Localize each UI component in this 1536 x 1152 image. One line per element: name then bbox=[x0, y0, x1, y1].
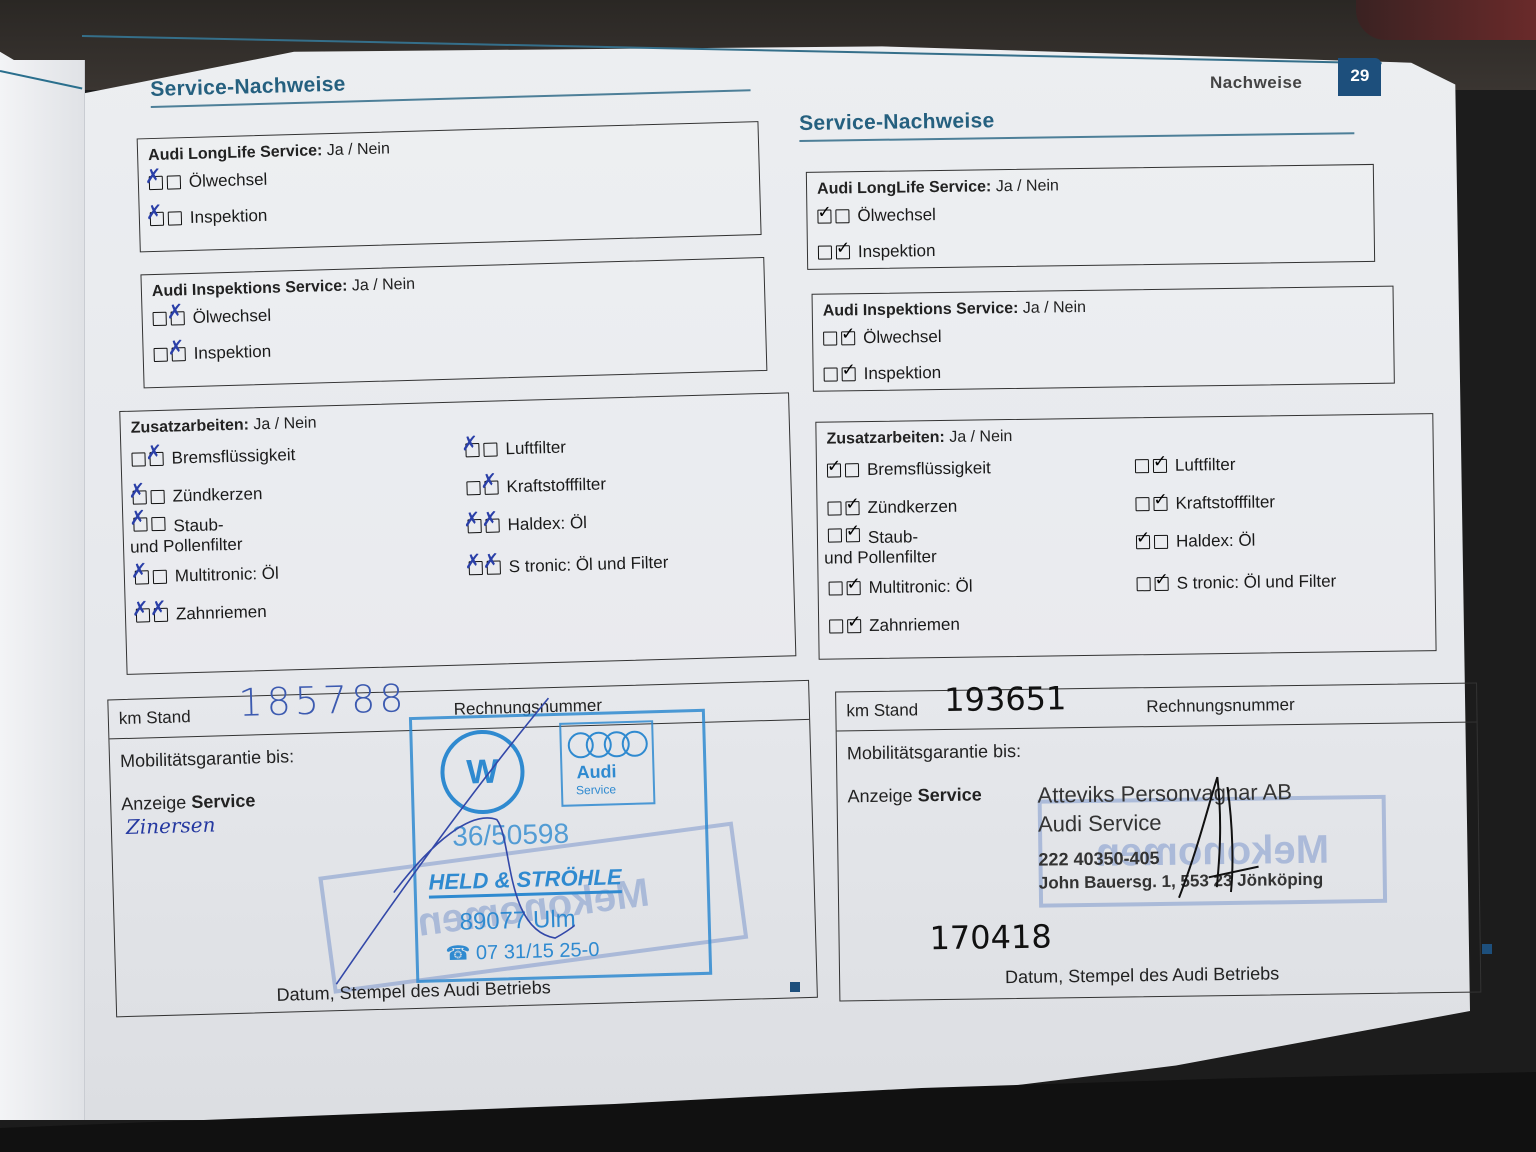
item-label: Inspektion bbox=[190, 206, 268, 228]
nein-checkbox[interactable] bbox=[845, 463, 859, 477]
item-label: Bremsflüssigkeit bbox=[171, 445, 295, 468]
checklist-item: Luftfilter bbox=[1135, 444, 1433, 484]
ja-checkbox[interactable] bbox=[823, 331, 837, 345]
invoice-label: Rechnungsnummer bbox=[1146, 695, 1295, 717]
ja-checkbox[interactable] bbox=[150, 212, 164, 226]
item-label: S tronic: Öl und Filter bbox=[1176, 571, 1336, 593]
previous-page-edge bbox=[0, 60, 85, 1120]
checklist-item: Zündkerzen bbox=[132, 471, 457, 516]
km-value: 193651 bbox=[944, 679, 1067, 719]
item-label: Haldex: Öl bbox=[507, 513, 587, 535]
item-label: Inspektion bbox=[858, 241, 936, 262]
left-service-record: Service-Nachweise Audi LongLife Service:… bbox=[80, 60, 817, 1039]
mileage-record-box: km Stand 193651 Rechnungsnummer Mobilitä… bbox=[835, 683, 1481, 1002]
item-label: Inspektion bbox=[864, 363, 942, 384]
ja-checkbox[interactable] bbox=[469, 561, 483, 575]
handwritten-date: 170418 bbox=[929, 917, 1052, 957]
nein-checkbox[interactable] bbox=[836, 245, 850, 259]
page-number-tab: 29 bbox=[1338, 58, 1381, 96]
item-label: Zündkerzen bbox=[172, 484, 262, 506]
nein-checkbox[interactable] bbox=[153, 570, 167, 584]
nein-checkbox[interactable] bbox=[149, 452, 163, 466]
ja-checkbox[interactable] bbox=[824, 367, 838, 381]
ja-checkbox[interactable] bbox=[828, 528, 842, 542]
right-service-record: Service-Nachweise Audi LongLife Service:… bbox=[795, 103, 1467, 992]
ja-checkbox[interactable] bbox=[131, 452, 145, 466]
item-label: Staub- bbox=[868, 527, 918, 548]
checklist-item: Kraftstofffilter bbox=[466, 461, 791, 506]
longlife-service-box: Audi LongLife Service: Ja / Nein Ölwechs… bbox=[806, 164, 1375, 270]
signature bbox=[308, 688, 576, 995]
item-label: Luftfilter bbox=[505, 438, 566, 460]
item-label: Zündkerzen bbox=[867, 497, 957, 518]
nein-checkbox[interactable] bbox=[487, 560, 501, 574]
page-end-marker bbox=[790, 982, 800, 992]
longlife-service-box: Audi LongLife Service: Ja / Nein Ölwechs… bbox=[137, 121, 762, 252]
item-label-continued: und Pollenfilter bbox=[824, 544, 1122, 568]
item-label: Luftfilter bbox=[1175, 455, 1236, 476]
ja-checkbox[interactable] bbox=[817, 210, 831, 224]
background-object bbox=[1356, 0, 1536, 40]
item-label: Zahnriemen bbox=[869, 615, 960, 636]
checklist-item: S tronic: Öl und Filter bbox=[1136, 562, 1434, 602]
nein-checkbox[interactable] bbox=[150, 490, 164, 504]
item-label: Haldex: Öl bbox=[1176, 531, 1256, 552]
item-label: Multitronic: Öl bbox=[175, 564, 279, 587]
checklist-item: Multitronic: Öl bbox=[828, 566, 1126, 606]
nein-checkbox[interactable] bbox=[1154, 535, 1168, 549]
checklist-item: Luftfilter bbox=[465, 423, 790, 468]
ja-checkbox[interactable] bbox=[1137, 577, 1151, 591]
date-stamp-label: Datum, Stempel des Audi Betriebs bbox=[1005, 963, 1279, 988]
item-label: Ölwechsel bbox=[192, 306, 271, 328]
nein-checkbox[interactable] bbox=[1155, 577, 1169, 591]
checklist-item: Kraftstofffilter bbox=[1135, 482, 1433, 522]
nein-checkbox[interactable] bbox=[485, 518, 499, 532]
item-label: Multitronic: Öl bbox=[869, 577, 973, 598]
nein-checkbox[interactable] bbox=[167, 175, 181, 189]
checklist-item: Inspektion bbox=[823, 349, 1393, 393]
checklist-item: Multitronic: Öl bbox=[134, 551, 459, 596]
mileage-record-box: km Stand 185788 Rechnungsnummer Mobilitä… bbox=[107, 680, 818, 1017]
inspektion-service-box: Audi Inspektions Service: Ja / Nein Ölwe… bbox=[140, 257, 767, 388]
ja-checkbox[interactable] bbox=[154, 348, 168, 362]
nein-checkbox[interactable] bbox=[847, 581, 861, 595]
item-label: Kraftstofffilter bbox=[1175, 492, 1275, 513]
checklist-item: Staub-und Pollenfilter bbox=[828, 524, 1127, 568]
checklist-item: S tronic: Öl und Filter bbox=[468, 541, 793, 586]
ja-checkbox[interactable] bbox=[136, 608, 150, 622]
item-label: Zahnriemen bbox=[176, 602, 267, 625]
page-end-marker bbox=[1482, 944, 1492, 954]
nein-checkbox[interactable] bbox=[846, 528, 860, 542]
checklist-item: Haldex: Öl bbox=[1136, 520, 1434, 560]
ja-checkbox[interactable] bbox=[827, 463, 841, 477]
ja-checkbox[interactable] bbox=[827, 501, 841, 515]
ja-checkbox[interactable] bbox=[467, 519, 481, 533]
ja-checkbox[interactable] bbox=[132, 490, 146, 504]
nein-checkbox[interactable] bbox=[154, 608, 168, 622]
ja-checkbox[interactable] bbox=[1136, 535, 1150, 549]
page-rule bbox=[0, 70, 82, 89]
inspektion-service-box: Audi Inspektions Service: Ja / Nein Ölwe… bbox=[812, 286, 1395, 392]
nein-checkbox[interactable] bbox=[151, 517, 165, 531]
stamp-brand: Audi bbox=[576, 761, 617, 783]
ja-checkbox[interactable] bbox=[818, 245, 832, 259]
zusatzarbeiten-box: Zusatzarbeiten: Ja / Nein Bremsflüssigke… bbox=[119, 392, 796, 675]
ja-checkbox[interactable] bbox=[1135, 497, 1149, 511]
nein-checkbox[interactable] bbox=[842, 367, 856, 381]
item-label: Kraftstofffilter bbox=[506, 474, 606, 497]
nein-checkbox[interactable] bbox=[847, 619, 861, 633]
ja-checkbox[interactable] bbox=[465, 443, 479, 457]
ja-checkbox[interactable] bbox=[133, 517, 147, 531]
nein-checkbox[interactable] bbox=[172, 347, 186, 361]
nein-checkbox[interactable] bbox=[845, 501, 859, 515]
checklist-item: Zahnriemen bbox=[829, 604, 1127, 644]
nein-checkbox[interactable] bbox=[1153, 497, 1167, 511]
mileage-row: km Stand 193651 Rechnungsnummer bbox=[836, 684, 1476, 732]
ja-checkbox[interactable] bbox=[1135, 459, 1149, 473]
nein-checkbox[interactable] bbox=[1153, 459, 1167, 473]
ja-checkbox[interactable] bbox=[829, 581, 843, 595]
ja-checkbox[interactable] bbox=[135, 570, 149, 584]
page-header: Nachweise 29 bbox=[1210, 58, 1381, 96]
mobility-guarantee-label: Mobilitätsgarantie bis: bbox=[847, 735, 1477, 765]
nein-checkbox[interactable] bbox=[483, 442, 497, 456]
item-label: Staub- bbox=[173, 515, 224, 536]
audi-rings-icon bbox=[567, 731, 640, 759]
page-title: Service-Nachweise bbox=[799, 104, 1354, 142]
nein-checkbox[interactable] bbox=[171, 311, 185, 325]
item-label: S tronic: Öl und Filter bbox=[508, 553, 668, 577]
item-label: Bremsflüssigkeit bbox=[867, 458, 991, 480]
stamp-brand-sub: Service bbox=[576, 782, 616, 797]
zusatzarbeiten-box: Zusatzarbeiten: Ja / Nein Bremsflüssigke… bbox=[815, 413, 1436, 660]
signature bbox=[1147, 766, 1269, 908]
ja-checkbox[interactable] bbox=[466, 481, 480, 495]
item-label: Ölwechsel bbox=[863, 327, 942, 348]
checklist-item: Inspektion bbox=[818, 227, 1374, 271]
nein-checkbox[interactable] bbox=[841, 331, 855, 345]
section-title: Nachweise bbox=[1210, 73, 1302, 93]
item-label: Ölwechsel bbox=[857, 205, 936, 226]
item-label: Inspektion bbox=[193, 342, 271, 364]
ja-checkbox[interactable] bbox=[149, 176, 163, 190]
checklist-item: Bremsflüssigkeit bbox=[827, 448, 1125, 488]
km-label: km Stand bbox=[119, 707, 191, 729]
checklist-item: Zündkerzen bbox=[827, 486, 1125, 526]
ja-checkbox[interactable] bbox=[829, 619, 843, 633]
checklist-item: Staub-und Pollenfilter bbox=[133, 509, 458, 558]
checklist-item: Zahnriemen bbox=[135, 589, 460, 634]
nein-checkbox[interactable] bbox=[484, 480, 498, 494]
km-label: km Stand bbox=[846, 700, 918, 721]
nein-checkbox[interactable] bbox=[168, 211, 182, 225]
checklist-item: Haldex: Öl bbox=[467, 499, 792, 544]
checklist-item: Bremsflüssigkeit bbox=[131, 433, 456, 478]
nein-checkbox[interactable] bbox=[835, 209, 849, 223]
item-label: Ölwechsel bbox=[189, 170, 268, 192]
ja-checkbox[interactable] bbox=[153, 312, 167, 326]
